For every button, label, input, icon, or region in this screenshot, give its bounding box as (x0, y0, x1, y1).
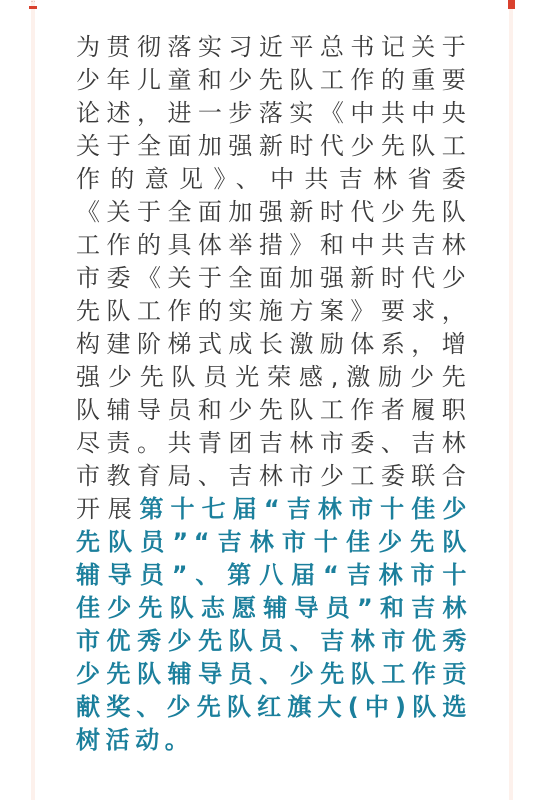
left-border-line (31, 0, 35, 800)
right-red-marker (508, 0, 515, 9)
left-red-marker (29, 6, 37, 9)
right-border-line (509, 0, 513, 800)
article-body-text: 为贯彻落实习近平总书记关于少年儿童和少先队工作的重要论述，进一步落实《中共中央关… (76, 33, 472, 523)
left-dots-decoration (31, 1, 35, 5)
article-highlighted-text: 第十七届“吉林市十佳少先队员”“吉林市十佳少先队辅导员”、第八届“吉林市十佳少先… (76, 495, 472, 754)
article-paragraph: 为贯彻落实习近平总书记关于少年儿童和少先队工作的重要论述，进一步落实《中共中央关… (76, 31, 472, 757)
